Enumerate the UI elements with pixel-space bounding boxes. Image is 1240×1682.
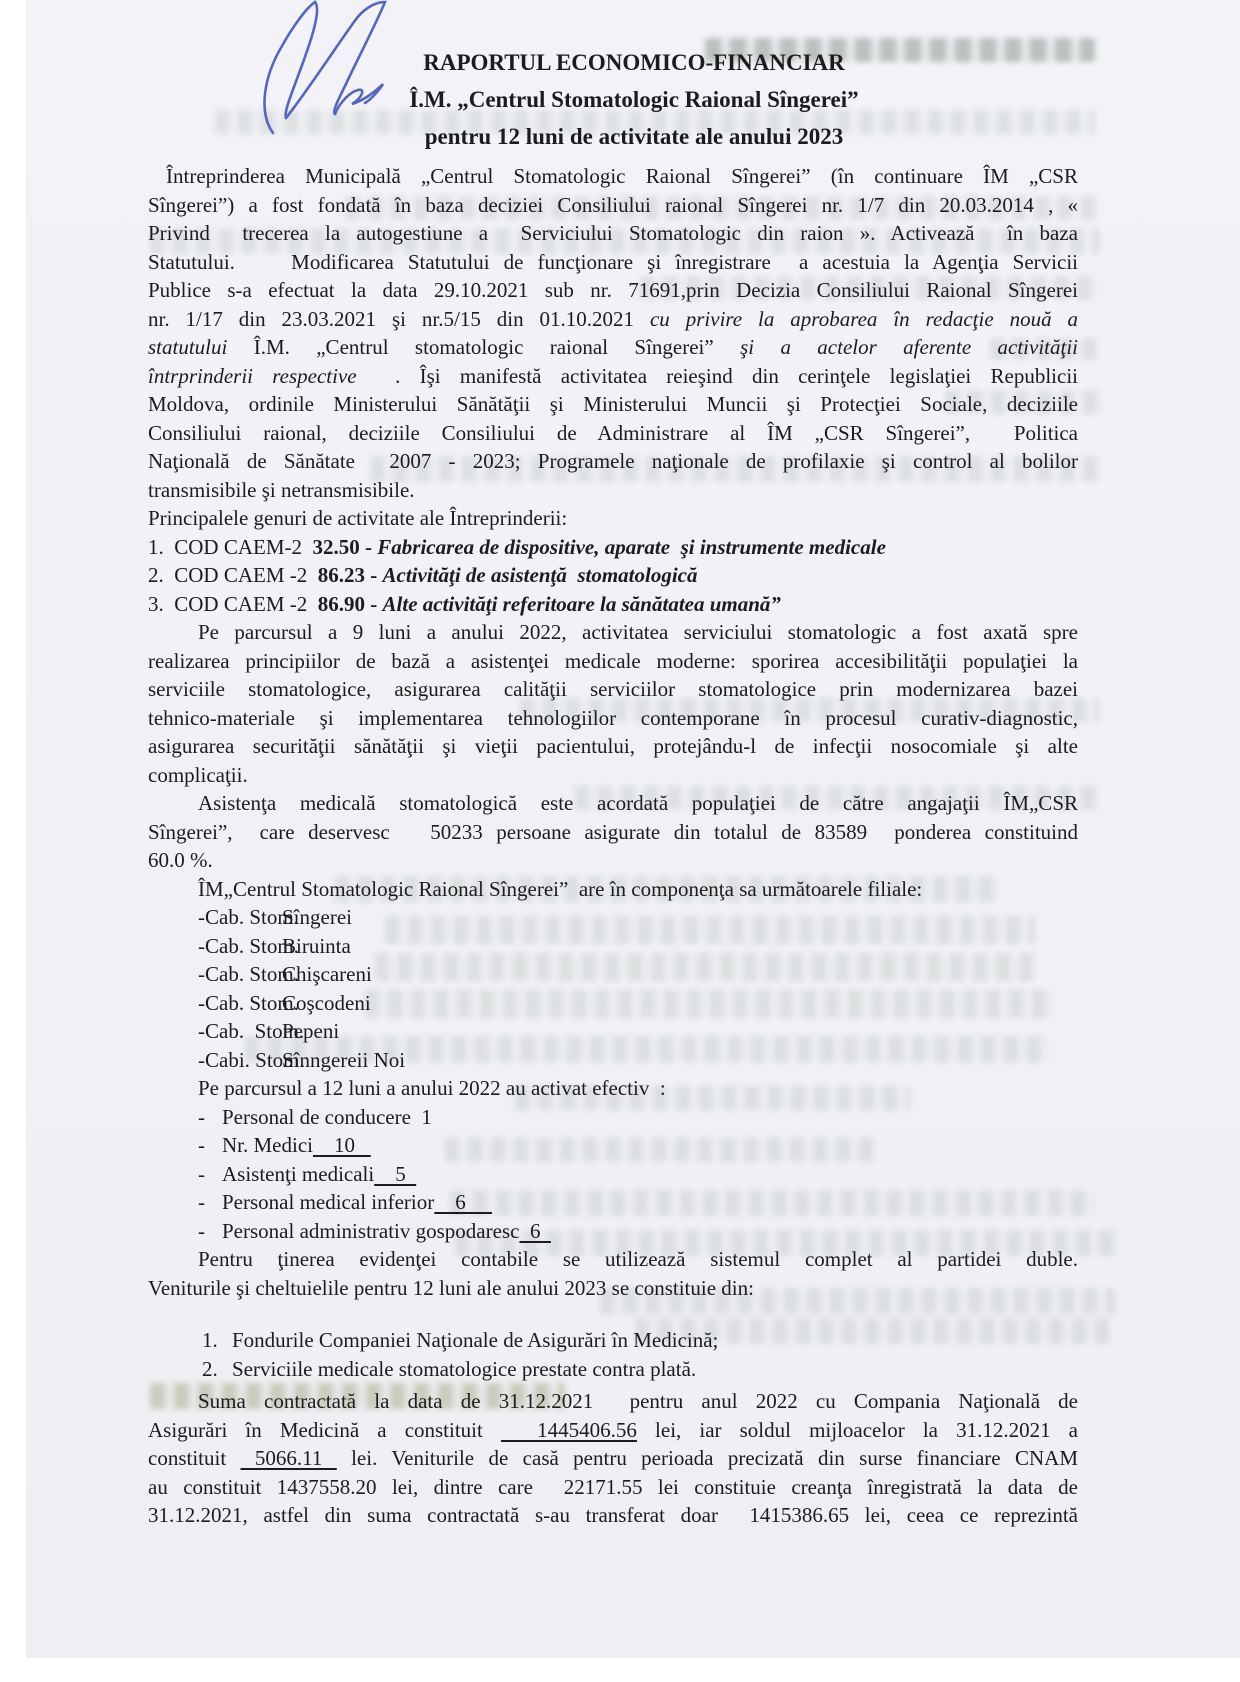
text-segment: -: [198, 1103, 222, 1132]
doc-line: 3. COD CAEM -2 86.90 - Alte activităţi r…: [148, 590, 1078, 619]
text-segment: au constituit 1437558.20 lei, dintre car…: [148, 1475, 1078, 1499]
text-segment: Asistenţa medicală stomatologică este ac…: [198, 791, 1078, 815]
doc-line: Asistenţa medicală stomatologică este ac…: [148, 789, 1078, 818]
doc-line: ÎM„Centrul Stomatologic Raional Sîngerei…: [148, 875, 1078, 904]
text-segment: Asistenţi medicali: [222, 1162, 374, 1186]
text-segment: Alte activităţi referitoare la sănătatea…: [383, 592, 781, 616]
text-segment: Coşcodeni: [282, 991, 371, 1015]
doc-line: -Personal administrativ gospodaresc 6: [148, 1217, 1078, 1246]
text-segment: constituit: [148, 1446, 241, 1470]
doc-line: asigurarea securităţii sănătăţii şi vieţ…: [148, 732, 1078, 761]
text-segment: Suma contractată la data de 31.12.2021 p…: [198, 1389, 1078, 1413]
text-segment: Personal de conducere 1: [222, 1105, 432, 1129]
text-segment: Personal medical inferior: [222, 1190, 434, 1214]
text-segment: -: [198, 1217, 222, 1246]
doc-line: -Cab. Stom.Sîngerei: [148, 903, 1078, 932]
doc-line: serviciile stomatologice, asigurarea cal…: [148, 675, 1078, 704]
text-segment: Principalele genuri de activitate ale În…: [148, 506, 567, 530]
text-segment: 5066.11: [241, 1446, 337, 1470]
text-segment: transmisibile şi netransmisibile.: [148, 478, 415, 502]
text-segment: Î.M. „Centrul stomatologic raional Sînge…: [227, 335, 740, 359]
text-segment: . Îşi manifestă activitatea reieşind din…: [357, 364, 1078, 388]
text-segment: asigurarea securităţii sănătăţii şi vieţ…: [148, 734, 1078, 758]
text-segment: 10: [313, 1133, 371, 1157]
text-segment: Consiliului raional, deciziile Consiliul…: [148, 421, 1078, 445]
doc-line: 60.0 %.: [148, 846, 1078, 875]
text-segment: -Cab. Stom.: [198, 903, 282, 932]
title-line: Î.M. „Centrul Stomatologic Raional Sînge…: [190, 81, 1078, 118]
text-segment: -Cabi. Stom.: [198, 1046, 282, 1075]
text-segment: -: [198, 1160, 222, 1189]
doc-line: Privind trecerea la autogestiune a Servi…: [148, 219, 1078, 248]
doc-line: transmisibile şi netransmisibile.: [148, 476, 1078, 505]
text-segment: lei. Veniturile de casă pentru perioada …: [337, 1446, 1078, 1470]
text-segment: Sîngerei”, care deservesc 50233 persoane…: [148, 820, 1078, 844]
doc-line: -Cab. Stom.Pepeni: [148, 1017, 1078, 1046]
text-segment: 1.: [202, 1326, 232, 1355]
text-segment: Biruinta: [282, 934, 351, 958]
text-segment: Publice s-a efectuat la data 29.10.2021 …: [148, 278, 1078, 302]
doc-line: -Cabi. Stom.Sînngereii Noi: [148, 1046, 1078, 1075]
scanned-page: RAPORTUL ECONOMICO-FINANCIARÎ.M. „Centru…: [0, 0, 1240, 1682]
doc-line: Veniturile şi cheltuielile pentru 12 lun…: [148, 1274, 1078, 1303]
text-segment: 1445406.56: [501, 1418, 637, 1442]
doc-line: -Cab. Stom.Chişcareni: [148, 960, 1078, 989]
scanner-edge-bottom: [0, 1658, 1240, 1682]
text-segment: Sîngerei”) a fost fondată în baza decizi…: [148, 193, 1078, 217]
text-segment: Activităţi de asistenţă stomatologică: [383, 563, 698, 587]
text-segment: 32.50 -: [313, 535, 378, 559]
text-segment: Privind trecerea la autogestiune a Servi…: [148, 221, 1078, 245]
doc-line: 2.Serviciile medicale stomatologice pres…: [148, 1355, 1078, 1384]
text-segment: 5: [374, 1162, 416, 1186]
text-segment: şi a actelor aferente activităţii: [740, 335, 1078, 359]
doc-line: Sîngerei”, care deservesc 50233 persoane…: [148, 818, 1078, 847]
text-segment: nr. 1/17 din 23.03.2021 şi nr.5/15 din 0…: [148, 307, 650, 331]
text-segment: Întreprinderea Municipală „Centrul Stoma…: [166, 164, 1078, 188]
text-segment: ÎM„Centrul Stomatologic Raional Sîngerei…: [198, 877, 922, 901]
doc-line: Întreprinderea Municipală „Centrul Stoma…: [148, 162, 1078, 191]
doc-line: Principalele genuri de activitate ale În…: [148, 504, 1078, 533]
doc-line: -Asistenţi medicali 5: [148, 1160, 1078, 1189]
text-segment: Personal administrativ gospodaresc: [222, 1219, 519, 1243]
text-segment: 86.23 -: [318, 563, 383, 587]
doc-line: 1. COD CAEM-2 32.50 - Fabricarea de disp…: [148, 533, 1078, 562]
doc-line: -Cab. Stom.Biruinta: [148, 932, 1078, 961]
text-segment: 60.0 %.: [148, 848, 213, 872]
text-segment: întrprinderii respective: [148, 364, 357, 388]
doc-line: Consiliului raional, deciziile Consiliul…: [148, 419, 1078, 448]
doc-line: au constituit 1437558.20 lei, dintre car…: [148, 1473, 1078, 1502]
doc-line: Pe parcursul a 9 luni a anului 2022, act…: [148, 618, 1078, 647]
text-segment: Moldova, ordinile Ministerului Sănătăţii…: [148, 392, 1078, 416]
doc-line: Publice s-a efectuat la data 29.10.2021 …: [148, 276, 1078, 305]
title-line: RAPORTUL ECONOMICO-FINANCIAR: [190, 44, 1078, 81]
text-segment: statutului: [148, 335, 227, 359]
text-segment: Naţională de Sănătate 2007 - 2023; Progr…: [148, 449, 1078, 473]
text-segment: Asigurări în Medicină a constituit: [148, 1418, 501, 1442]
text-segment: serviciile stomatologice, asigurarea cal…: [148, 677, 1078, 701]
document-title: RAPORTUL ECONOMICO-FINANCIARÎ.M. „Centru…: [148, 44, 1078, 155]
doc-line: 31.12.2021, astfel din suma contractată …: [148, 1501, 1078, 1530]
text-segment: Serviciile medicale stomatologice presta…: [232, 1357, 696, 1381]
doc-line: Moldova, ordinile Ministerului Sănătăţii…: [148, 390, 1078, 419]
text-segment: 1. COD CAEM-2: [148, 535, 313, 559]
doc-line: Asigurări în Medicină a constituit 14454…: [148, 1416, 1078, 1445]
doc-line: Sîngerei”) a fost fondată în baza decizi…: [148, 191, 1078, 220]
text-segment: -Cab. Stom.: [198, 989, 282, 1018]
doc-line: Pentru ţinerea evidenţei contabile se ut…: [148, 1245, 1078, 1274]
text-segment: 6: [519, 1219, 551, 1243]
text-segment: Veniturile şi cheltuielile pentru 12 lun…: [148, 1276, 754, 1300]
text-segment: Nr. Medici: [222, 1133, 313, 1157]
doc-line: Statutului. Modificarea Statutului de fu…: [148, 248, 1078, 277]
text-segment: 6: [434, 1190, 492, 1214]
document: RAPORTUL ECONOMICO-FINANCIARÎ.M. „Centru…: [148, 44, 1078, 1530]
text-segment: Pe parcursul a 12 luni a anului 2022 au …: [198, 1076, 666, 1100]
text-segment: Sîngerei: [282, 905, 352, 929]
text-segment: Pe parcursul a 9 luni a anului 2022, act…: [198, 620, 1078, 644]
text-segment: tehnico-materiale şi implementarea tehno…: [148, 706, 1078, 730]
text-segment: -Cab. Stom.: [198, 932, 282, 961]
text-segment: -Cab. Stom.: [198, 1017, 282, 1046]
doc-line: Naţională de Sănătate 2007 - 2023; Progr…: [148, 447, 1078, 476]
text-segment: -Cab. Stom.: [198, 960, 282, 989]
text-segment: Fondurile Companiei Naţionale de Asigură…: [232, 1328, 718, 1352]
doc-line: -Cab. Stom.Coşcodeni: [148, 989, 1078, 1018]
doc-line: -Nr. Medici 10: [148, 1131, 1078, 1160]
text-segment: lei, iar soldul mijloacelor la 31.12.202…: [637, 1418, 1078, 1442]
text-segment: 31.12.2021, astfel din suma contractată …: [148, 1503, 1078, 1527]
doc-line: Pe parcursul a 12 luni a anului 2022 au …: [148, 1074, 1078, 1103]
doc-line: nr. 1/17 din 23.03.2021 şi nr.5/15 din 0…: [148, 305, 1078, 334]
text-segment: 3. COD CAEM -2: [148, 592, 318, 616]
document-body: Întreprinderea Municipală „Centrul Stoma…: [148, 162, 1078, 1530]
text-segment: Pentru ţinerea evidenţei contabile se ut…: [198, 1247, 1078, 1271]
text-segment: Fabricarea de dispositive, aparate şi in…: [377, 535, 886, 559]
text-segment: 2.: [202, 1355, 232, 1384]
text-segment: -: [198, 1131, 222, 1160]
doc-line: 2. COD CAEM -2 86.23 - Activităţi de asi…: [148, 561, 1078, 590]
doc-line: statutului Î.M. „Centrul stomatologic ra…: [148, 333, 1078, 362]
scanner-edge-left: [0, 0, 26, 1682]
doc-line: realizarea principiilor de bază a asiste…: [148, 647, 1078, 676]
text-segment: realizarea principiilor de bază a asiste…: [148, 649, 1078, 673]
text-segment: Pepeni: [282, 1019, 339, 1043]
text-segment: Statutului. Modificarea Statutului de fu…: [148, 250, 1078, 274]
text-segment: 2. COD CAEM -2: [148, 563, 318, 587]
doc-line: 1.Fondurile Companiei Naţionale de Asigu…: [148, 1326, 1078, 1355]
text-segment: cu privire la aprobarea în redacţie nouă…: [650, 307, 1078, 331]
text-segment: -: [198, 1188, 222, 1217]
doc-line: -Personal de conducere 1: [148, 1103, 1078, 1132]
text-segment: Sînngereii Noi: [282, 1048, 405, 1072]
doc-line: constituit 5066.11 lei. Veniturile de ca…: [148, 1444, 1078, 1473]
text-segment: 86.90 -: [318, 592, 383, 616]
doc-line: complicaţii.: [148, 761, 1078, 790]
title-line: pentru 12 luni de activitate ale anului …: [190, 118, 1078, 155]
doc-line: Suma contractată la data de 31.12.2021 p…: [148, 1387, 1078, 1416]
text-segment: Chişcareni: [282, 962, 372, 986]
doc-line: întrprinderii respective . Îşi manifestă…: [148, 362, 1078, 391]
doc-line: -Personal medical inferior 6: [148, 1188, 1078, 1217]
doc-line: tehnico-materiale şi implementarea tehno…: [148, 704, 1078, 733]
text-segment: complicaţii.: [148, 763, 248, 787]
